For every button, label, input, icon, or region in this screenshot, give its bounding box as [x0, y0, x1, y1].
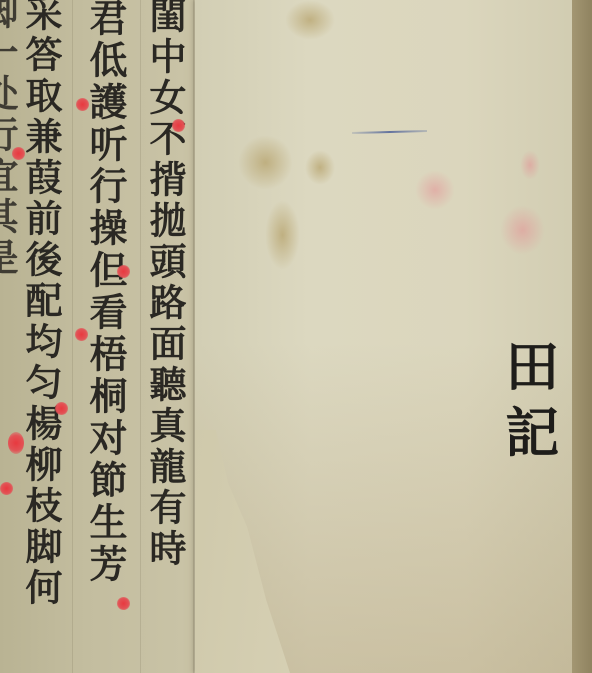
red-punctuation-dot: [75, 328, 88, 341]
red-punctuation-dot: [172, 119, 185, 132]
manuscript-photo: 閨中女不揹拋頭路面聽真龍有時 君低護听行操但看梧桐对節生芳 采答取兼葭前後配均匀…: [0, 0, 592, 673]
book-edge: [572, 0, 592, 673]
cover-title-label: 田記: [500, 338, 557, 470]
manuscript-page: 閨中女不揹拋頭路面聽真龍有時 君低護听行操但看梧桐对節生芳 采答取兼葭前後配均匀…: [0, 0, 215, 673]
red-punctuation-dot: [0, 482, 13, 495]
red-punctuation-dot: [117, 597, 130, 610]
red-punctuation-dot: [76, 98, 89, 111]
red-punctuation-dot: [12, 147, 25, 160]
water-stain: [285, 0, 335, 40]
column-ruling: [140, 0, 141, 673]
column-ruling: [193, 0, 194, 673]
water-stain: [265, 200, 300, 270]
text-column-1: 閨中女不揹拋頭路面聽真龍有時: [146, 0, 183, 570]
pink-stain: [520, 150, 540, 180]
pink-stain: [500, 205, 545, 255]
text-column-2: 君低護听行操但看梧桐对節生芳: [86, 0, 124, 586]
water-stain: [305, 150, 335, 185]
red-punctuation-dot: [55, 402, 68, 415]
water-stain: [238, 135, 293, 190]
red-punctuation-dot: [8, 432, 24, 454]
red-punctuation-dot: [117, 265, 130, 278]
text-column-4-partial: 脚一处行宜其是: [0, 0, 15, 279]
column-ruling: [72, 0, 73, 673]
text-column-3: 采答取兼葭前後配均匀楊柳枝脚何: [22, 0, 59, 609]
pink-stain: [415, 170, 455, 210]
